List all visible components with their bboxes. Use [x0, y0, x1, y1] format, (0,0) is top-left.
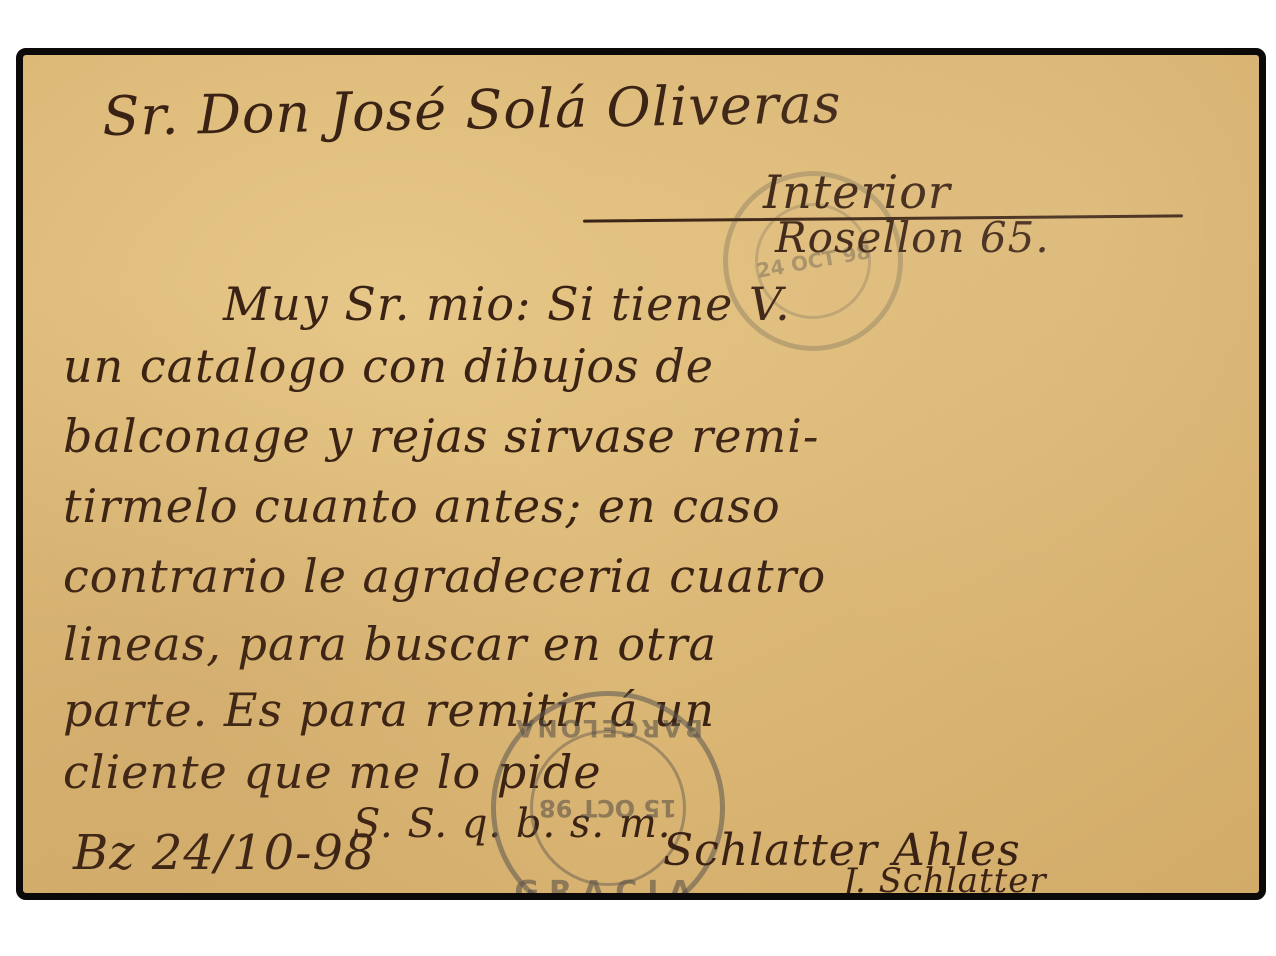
- postcard: Sr. Don José Solá Oliveras 24 OCT 98 Int…: [16, 48, 1266, 900]
- body-line-5: contrario le agradeceria cuatro: [63, 549, 826, 603]
- postmark-district: GRACIA: [514, 875, 701, 900]
- postmark-city: BARCELONA: [513, 714, 703, 742]
- body-line-1: Muy Sr. mio: Si tiene V.: [223, 277, 791, 331]
- body-line-4: tirmelo cuanto antes; en caso: [63, 479, 781, 533]
- body-line-2: un catalogo con dibujos de: [63, 339, 714, 393]
- dateline: Bz 24/10-98: [73, 825, 375, 881]
- body-line-6: lineas, para buscar en otra: [63, 617, 717, 671]
- body-line-3: balconage y rejas sirvase remi-: [63, 409, 819, 463]
- address-line-interior: Interior: [763, 165, 951, 219]
- address-street: Rosellon 65.: [775, 213, 1050, 262]
- address-recipient-name: Sr. Don José Solá Oliveras: [102, 72, 842, 148]
- signature-secondary: J. Schlatter: [843, 861, 1047, 900]
- postmark-date: 15 OCT 98: [539, 794, 677, 822]
